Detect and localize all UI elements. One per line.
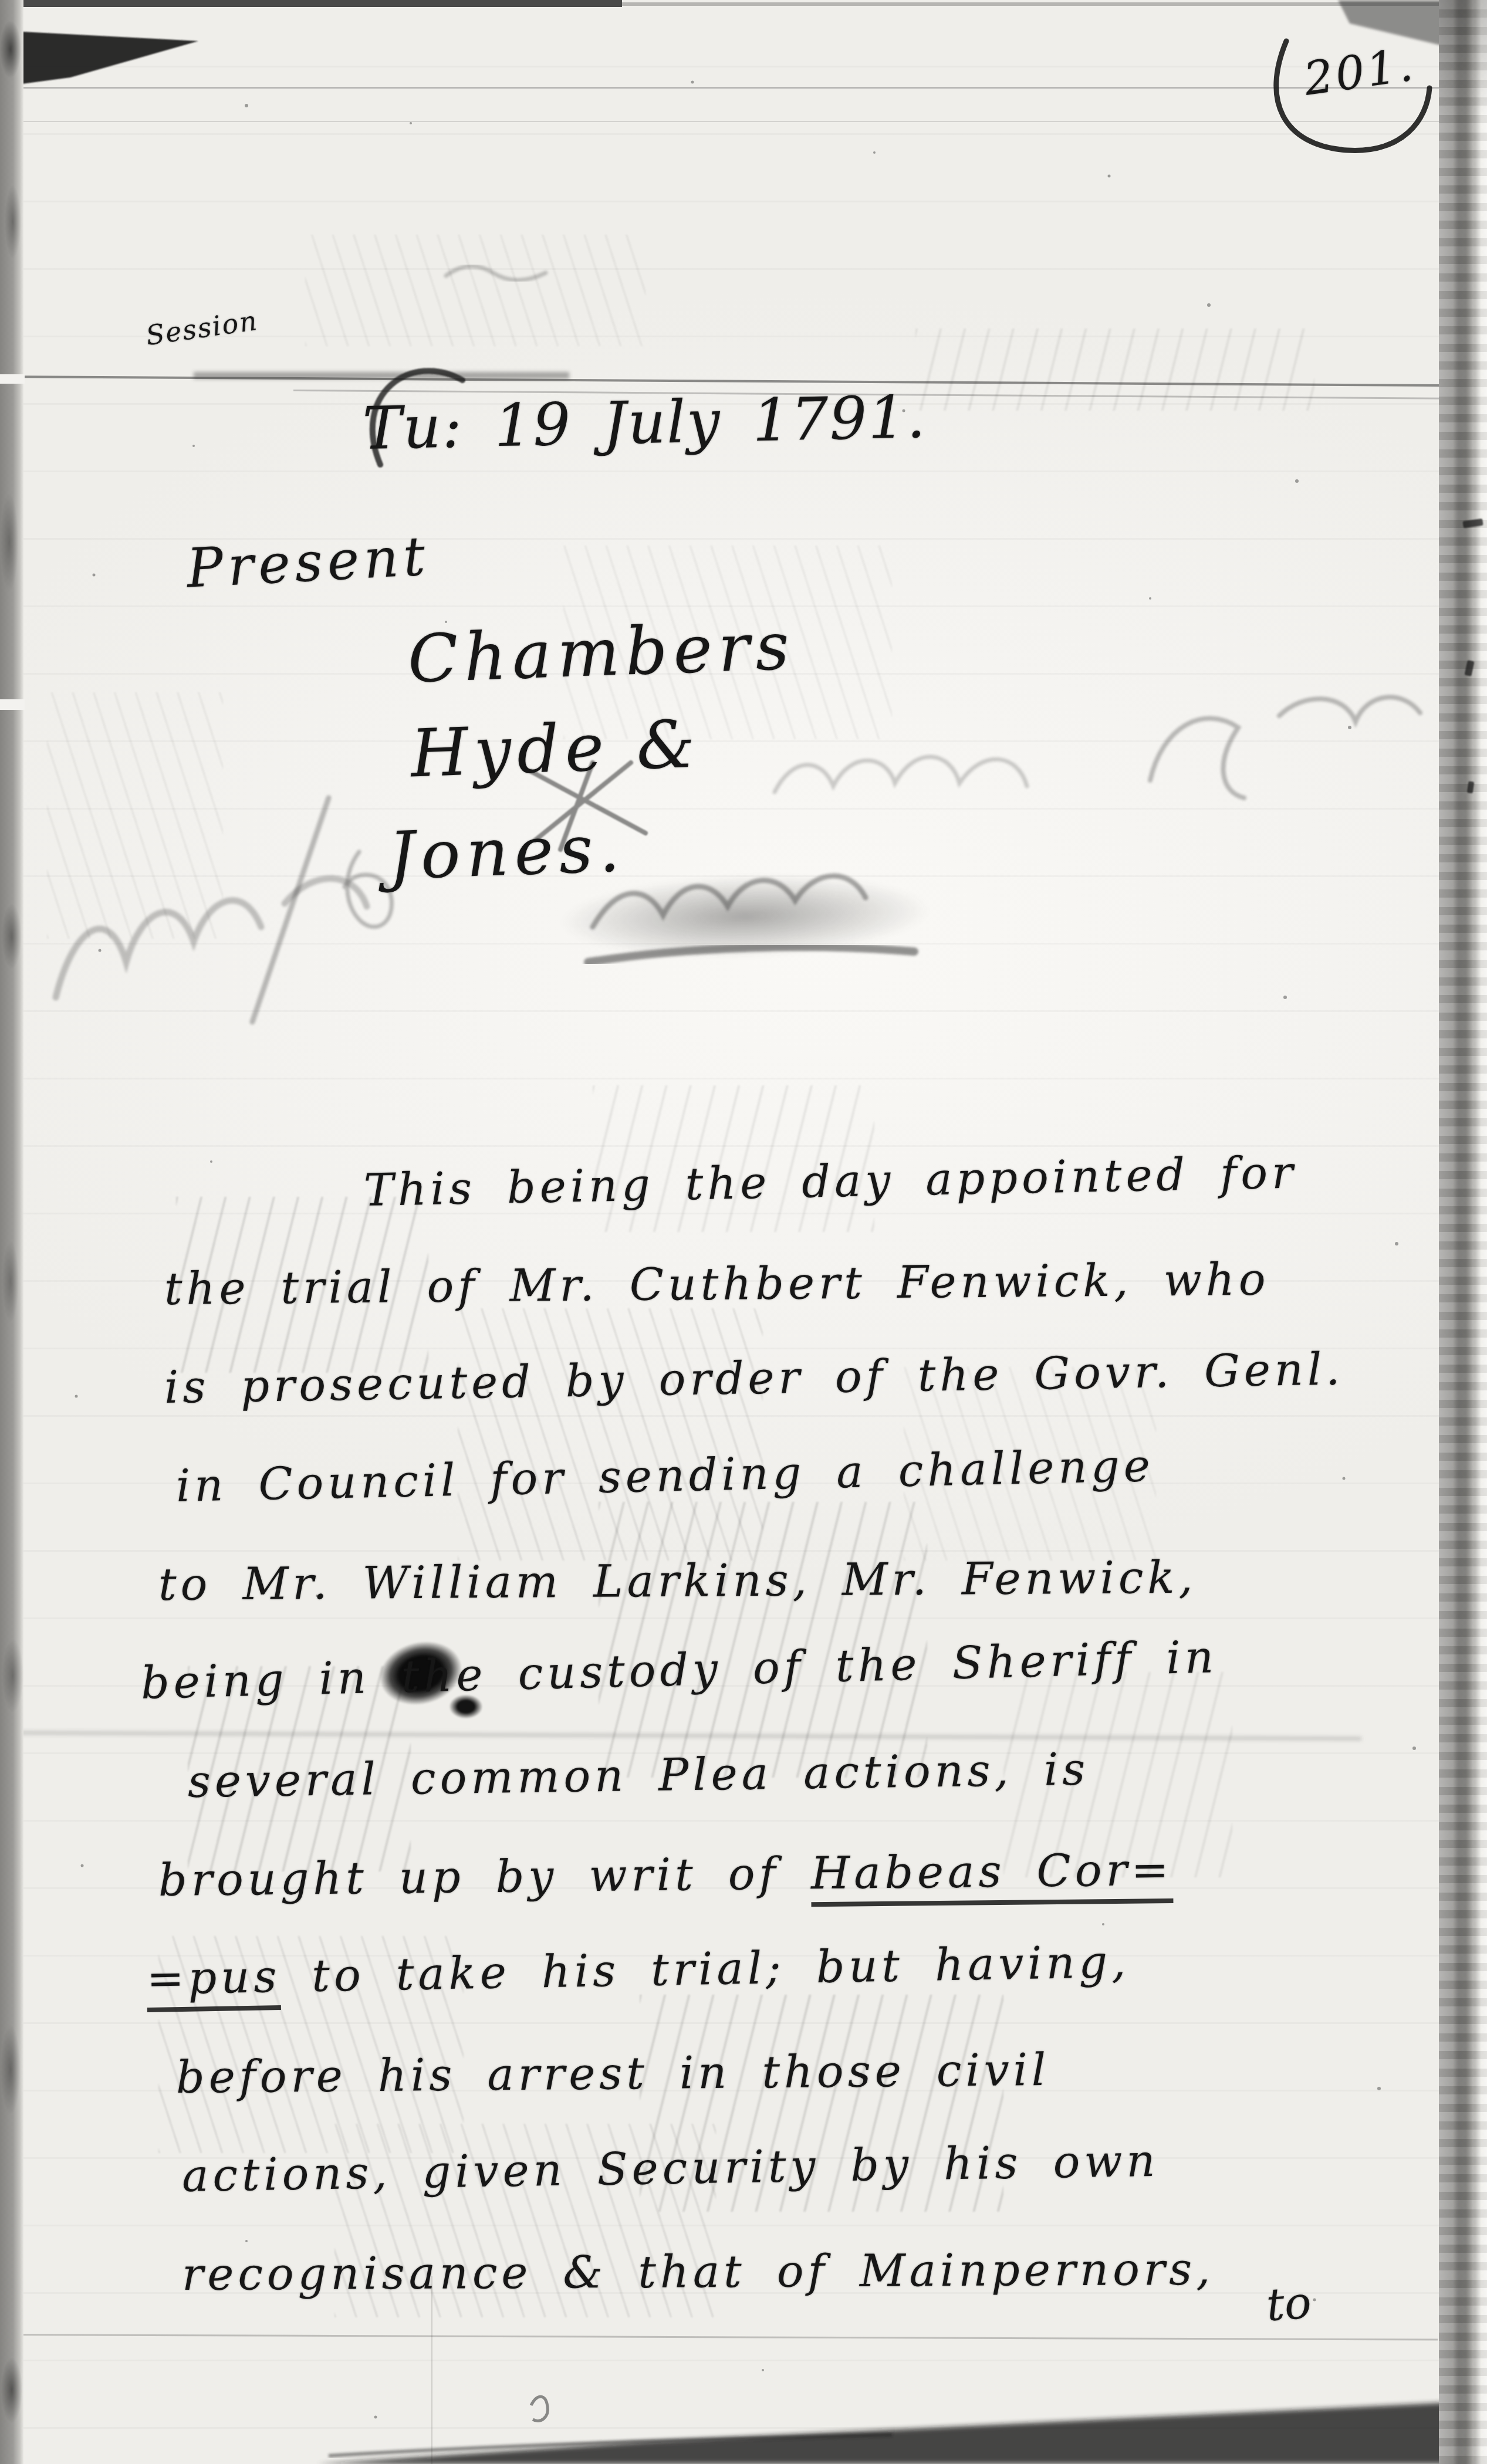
- manuscript-text: the trial of Mr. Cuthbert Fenwick, who: [164, 1253, 1270, 1315]
- manuscript-text: in Council for sending a challenge: [175, 1439, 1155, 1512]
- body-lines: This being the day appointed forthe tria…: [141, 1141, 1444, 2324]
- scan-shadow-bottom: [317, 2401, 1487, 2464]
- manuscript-text: to take his trial; but having,: [280, 1935, 1130, 2002]
- underlined-text: Habeas Cor=: [810, 1843, 1173, 1907]
- manuscript-text: This being the day appointed for: [363, 1146, 1297, 1216]
- manuscript-line: recognisance & that of Mainpernors,: [182, 2219, 1444, 2324]
- right-page-edge: [1439, 0, 1487, 2464]
- manuscript-line: This being the day appointed for: [363, 1121, 1444, 1240]
- left-binding-edge: [0, 0, 23, 2464]
- catchword: to: [1265, 2276, 1313, 2331]
- binding-edge-gap: [0, 699, 25, 710]
- manuscript-text: before his arrest in those civil: [176, 2043, 1050, 2103]
- manuscript-page: 201. Session Tu: 19 July 1791. Present C…: [0, 0, 1487, 2464]
- corner-blot-top-left: [0, 31, 198, 87]
- manuscript-text: to Mr. William Larkins, Mr. Fenwick,: [158, 1551, 1197, 1610]
- manuscript-text: being in the custody of the Sheriff in: [140, 1630, 1218, 1709]
- binding-edge-gap: [0, 374, 25, 384]
- judge-name: Chambers: [407, 608, 796, 698]
- judge-name: Hyde &: [410, 706, 702, 792]
- judge-name: Jones.: [387, 810, 627, 895]
- scan-edge-top: [0, 0, 622, 7]
- manuscript-text: several common Plea actions, is: [187, 1743, 1089, 1808]
- manuscript-text: recognisance & that of Mainpernors,: [182, 2243, 1215, 2300]
- scan-edge-top: [622, 2, 1487, 6]
- ink-speck-mark: [531, 2397, 548, 2421]
- underlined-text: =pus: [146, 1950, 281, 2012]
- manuscript-text: actions, given Security by his own: [181, 2134, 1160, 2202]
- date-line: Tu: 19 July 1791.: [362, 383, 927, 463]
- manuscript-line: several common Plea actions, is: [187, 1715, 1444, 1831]
- present-label: Present: [185, 524, 431, 600]
- manuscript-line: actions, given Security by his own: [181, 2107, 1444, 2225]
- manuscript-text: is prosecuted by order of the Govr. Genl…: [164, 1342, 1344, 1413]
- manuscript-text: brought up by writ of: [158, 1847, 812, 1906]
